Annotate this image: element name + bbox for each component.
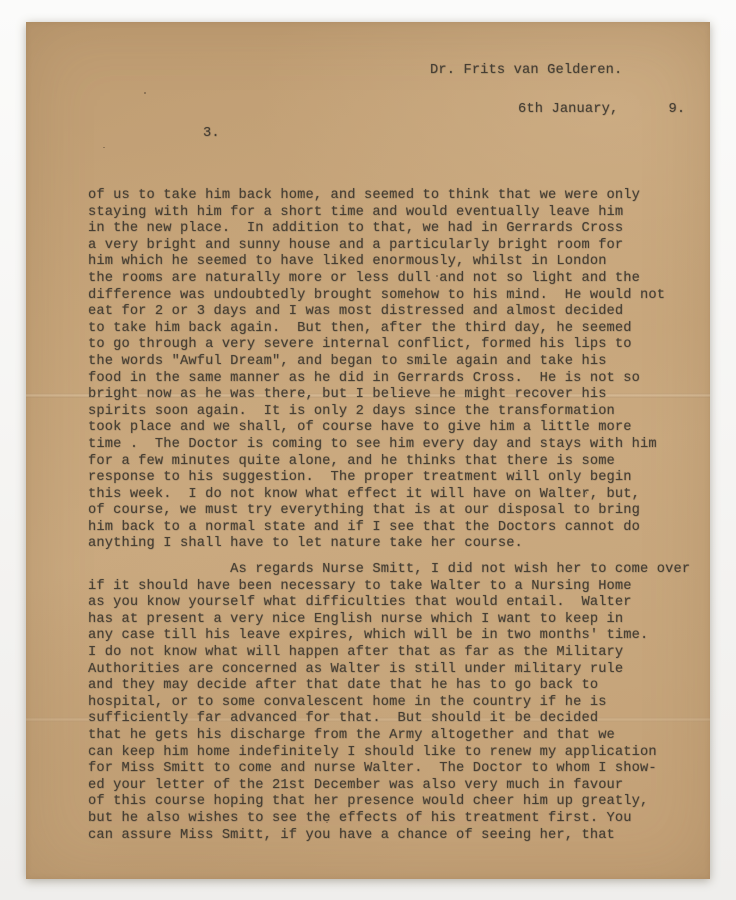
letter-body-paragraph-1: of us to take him back home, and seemed …	[88, 188, 665, 553]
addressee-line: Dr. Frits van Gelderen.	[430, 63, 622, 80]
letter-body-paragraph-2: As regards Nurse Smitt, I did not wish h…	[88, 562, 690, 844]
paper-speck	[144, 92, 146, 94]
paper-speck	[103, 147, 105, 148]
date-line: 6th January, 9.	[518, 102, 685, 119]
scan-background: Dr. Frits van Gelderen. 6th January, 9. …	[0, 0, 736, 900]
letter-paper: Dr. Frits van Gelderen. 6th January, 9. …	[26, 22, 710, 879]
page-number: 3.	[203, 126, 220, 143]
